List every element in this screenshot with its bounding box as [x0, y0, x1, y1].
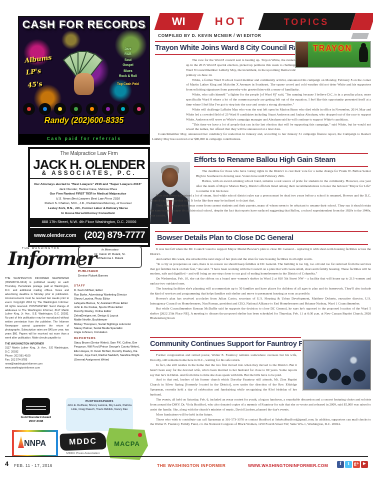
olender-firm-name: JACK H. OLENDER: [30, 157, 148, 172]
photographers-box: PHOTOGRAPHERS John E. DePauw, Shevry Lac…: [66, 398, 133, 431]
trayon-paragraph: White, who calls himself “a fighter for …: [152, 93, 371, 108]
banner-wi-segment: WI: [154, 13, 204, 30]
facebook-icon[interactable]: f: [337, 461, 344, 468]
article-trayon-white: Trayon White Joins Ward 8 City Council R…: [152, 41, 371, 152]
banner-topics-segment: TOPICS: [258, 13, 356, 30]
fauntroy-paragraph: Those who wish to contribute can call Sp…: [150, 417, 371, 427]
olender-law-firm-ad: The Malpractice Law Firm JACK H. OLENDER…: [28, 147, 150, 247]
trayon-headline: Trayon White Joins Ward 8 City Council R…: [155, 43, 305, 52]
trayon-paragraph: “This time we have a lot of people that …: [152, 122, 371, 132]
gold-standard-award-badge: Gold Standard Award 2007-2008: [10, 398, 62, 429]
photographers-list: John E. DePauw, Shevry Lacsina, Roy Lewi…: [66, 404, 133, 412]
page-number: 4: [5, 461, 9, 468]
cash-ad-title: CASH FOR RECORDS: [19, 19, 149, 31]
article-fauntroy-family: Community Continues Support for Fauntroy…: [150, 337, 371, 455]
banner-tail-shape: [350, 13, 373, 30]
cash-ad-tagline: Cash paid for referrals: [19, 134, 149, 144]
compiled-by-line: COMPILED BY D. KEVIN MCNEIR / WI EDITOR: [158, 33, 261, 38]
olender-website-link[interactable]: www.olender.com: [34, 233, 76, 239]
trayon-paragraph: Councilmember May, announced her candida…: [152, 132, 371, 142]
memoriam-name-2: Wilhelmina J. Rolark: [79, 257, 141, 261]
award-seal-icon: [22, 398, 50, 415]
footer-rule: [5, 456, 368, 457]
newspaper-page: CASH FOR RECORDS Albums LP's 45's Jazz R…: [0, 0, 373, 480]
hand-illustration: [74, 73, 94, 95]
footer-paper-name: THE WASHINGTON INFORMER: [157, 463, 226, 468]
cash-ad-genres: Jazz R&B Soul Gospel Blues Rock & Roll T…: [110, 47, 146, 87]
bowser-paragraph: Bowser's plan has received accolades fro…: [150, 296, 371, 306]
youtube-icon[interactable]: ►: [361, 461, 368, 468]
fauntroy-paragraph: The events, all held on Saturday, Feb. 6…: [150, 398, 371, 413]
ballou-paragraph: Ballou, with an award-winning school ban…: [150, 179, 371, 194]
page-footer: 4 FEB. 11 - 17, 2016 THE WASHINGTON INFO…: [5, 461, 368, 473]
masthead-website[interactable]: www.washingtoninformer.com: [5, 366, 69, 370]
bowser-paragraph: The housing facilities she's planning wi…: [150, 287, 371, 297]
banner-hot-segment: HOT: [198, 13, 264, 30]
staff-label: STAFF: [74, 284, 144, 288]
mddc-logo: MDDC MDDC Press Association: [60, 433, 106, 456]
edition-date: FEB. 11 - 17, 2016: [14, 463, 52, 468]
trayon-paragraph: White will challenge LaRuby May who won …: [152, 107, 371, 122]
trayon-paragraph: The race for the Ward 8 council seat is …: [152, 58, 371, 78]
cash-ad-formats: Albums LP's 45's: [24, 51, 56, 91]
reporters-label: REPORTERS: [74, 336, 144, 340]
in-memoriam-box: In Memoriam Dr. Calvin W. Rolark, Sr. Wi…: [78, 246, 142, 268]
bowser-headline: Bowser Details Plan to Close DC General: [157, 233, 293, 242]
fauntroy-paragraph: Former congressman and retired pastor, W…: [150, 353, 371, 363]
banner-gray-slash: [351, 33, 369, 39]
wi-hot-topics-banner: WI HOT TOPICS: [155, 13, 373, 30]
fauntroy-paragraph: And to that end, leaders of his former c…: [150, 378, 371, 398]
ballou-paragraph: Now that move has gained a lot of steam.…: [150, 194, 371, 204]
payable-address: 3117 Martin Luther King, Jr. Ave., S.E W…: [5, 346, 69, 354]
ballou-paragraph: The deadline for those who have voting r…: [150, 169, 371, 179]
social-icons: f t g+ ►: [337, 461, 368, 468]
cash-for-records-ad: CASH FOR RECORDS Albums LP's 45's Jazz R…: [18, 16, 150, 145]
trayon-paragraph: White, a former Ward 8 school board memb…: [152, 78, 371, 93]
staff-entry: Angie Johnson, Circulation: [74, 331, 144, 335]
googleplus-icon[interactable]: g+: [353, 461, 360, 468]
olender-address: 888 17th Street, N.W. 4th Floor Washingt…: [30, 218, 148, 227]
article-ballou-rename: Efforts to Rename Ballou High Gain Steam…: [150, 152, 371, 231]
olender-credentials: Our Attorneys elected to “Best Lawyers” …: [30, 182, 146, 216]
bowser-paragraph: But while Councilmember Kenyan McDuffie …: [150, 306, 371, 321]
masthead-boilerplate: THE WASHINGTON INFORMER NEWSPAPER (ISSN#…: [5, 277, 69, 399]
reporters-list: Stacy Brown (Senior Writer), Sam P.K. Co…: [74, 341, 144, 362]
bowser-paragraph: “In a city as prosperous as ours, there …: [150, 262, 371, 277]
bowser-paragraph: It was last fall when the DC Council vot…: [150, 247, 371, 257]
cash-ad-phone: Randy (202)600-8335: [19, 116, 149, 125]
ballou-paragraph: Their biggest opposition may come from c…: [150, 204, 371, 219]
olender-phone: (202) 879-7777: [84, 230, 145, 241]
footer-website-link[interactable]: WWW.WASHINGTONINFORMER.COM: [248, 463, 328, 468]
staff-column: STAFF D. Kevin McNeir, Editor Ron Burke,…: [74, 281, 144, 399]
nnpa-logo: NNPA: [12, 430, 58, 457]
vinyl-records-illustration: [23, 103, 145, 115]
olender-contact-bar: www.olender.com (202) 879-7777: [30, 228, 148, 243]
olender-subname: & ASSOCIATES, P.C.: [30, 171, 148, 179]
twitter-icon[interactable]: t: [345, 461, 352, 468]
article-bowser-dc-general: Bowser Details Plan to Close DC General …: [150, 231, 371, 337]
fauntroy-paragraph: In fact, she still resides in the home t…: [150, 363, 371, 378]
bowser-paragraph: On Wednesday, Feb. 10, she cut the ribbo…: [150, 277, 371, 287]
ballou-headline: Efforts to Rename Ballou High Gain Steam: [194, 155, 335, 164]
informer-logo: THE WASHINGTON Informer: [8, 246, 80, 274]
fauntroy-headline: Community Continues Support for Fauntroy…: [150, 339, 321, 348]
money-fan-illustration: [65, 43, 101, 77]
publisher-name: Denise Rolark Barnes: [78, 274, 148, 279]
